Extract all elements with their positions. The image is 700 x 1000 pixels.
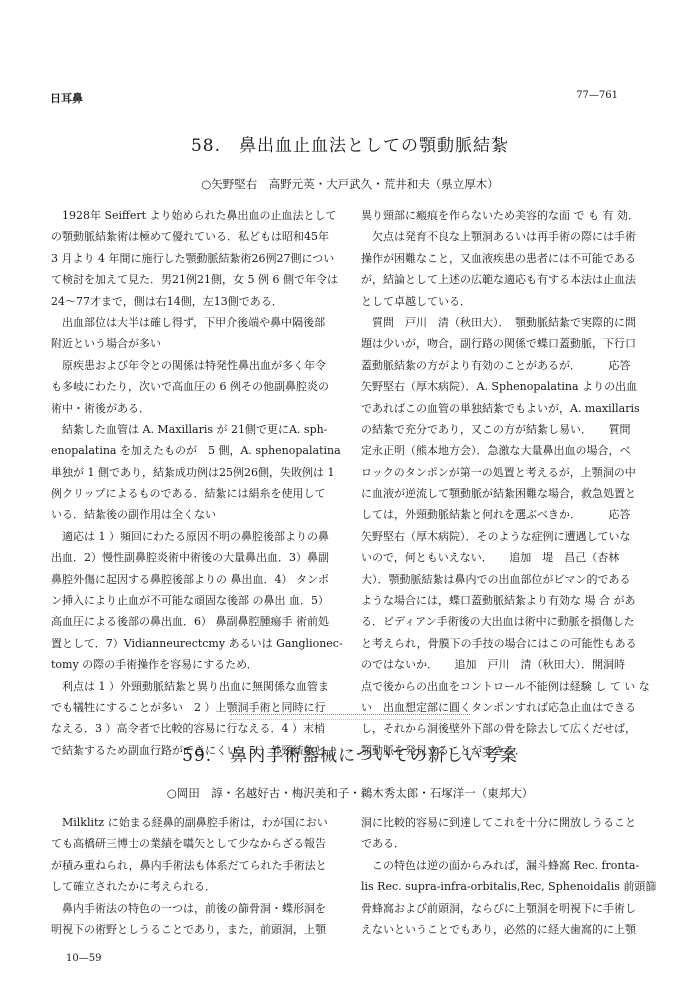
text-line: 出血．2）慢性副鼻腔炎術中術後の大量鼻出血．3）鼻副	[51, 547, 341, 568]
text-line: と考えられ，骨膜下の手技の場合にはこの可能性もある	[361, 633, 661, 654]
text-line: この特色は逆の面からみれば，漏斗蜂窩 Rec. fronta-	[361, 855, 661, 876]
text-line: いる．結紮後の副作用は全くない	[51, 504, 341, 525]
text-line: し，それから洞後壁外下部の骨を除去して広くだせば，	[361, 718, 661, 739]
text-line: 蓋動脈結紮の方がより有効のことがあるが． 応答	[361, 355, 661, 376]
article-59-right-column: 洞に比較的容易に到達してこれを十分に開放しうることである．この特色は逆の面からみ…	[361, 812, 661, 940]
text-line: 洞に比較的容易に到達してこれを十分に開放しうること	[361, 812, 661, 833]
text-line: しては，外頸動脈結紮と何れを選ぶべきか． 応答	[361, 504, 661, 525]
text-line: 単独が 1 側であり，結紮成功例は25例26側，失敗例は 1	[51, 462, 341, 483]
text-line: なえる．3 ）高令者で比較的容易に行なえる．4 ）末梢	[51, 718, 341, 739]
text-line: 骨蜂窩および前頭洞，ならびに上顎洞を明視下に手術し	[361, 898, 661, 919]
text-line: 鼻内手術法の特色の一つは，前後の篩骨洞・蝶形洞を	[51, 898, 341, 919]
article-58-left-column: 1928年 Seiffert より始められた鼻出血の止血法としての顎動脈結紮術は…	[51, 205, 341, 761]
text-line: 適応は 1 ）頻回にわたる原因不明の鼻腔後部よりの鼻	[51, 526, 341, 547]
text-line: ても高橋研三博士の業績を嚆矢として少なからざる報告	[51, 833, 341, 854]
text-line: enopalatina を加えたものが 5 側，A. sphenopalatin…	[51, 440, 341, 461]
text-line: 3 月より 4 年間に施行した顎動脈結紮術26例27側につい	[51, 248, 341, 269]
text-line: 質問 戸川 清（秋田大）． 顎動脈結紮で実際的に問	[361, 312, 661, 333]
text-line: 原疾患および年令との関係は特発性鼻出血が多く年令	[51, 355, 341, 376]
text-line: 術中・術後がある．	[51, 398, 341, 419]
text-line: 附近という場合が多い	[51, 333, 341, 354]
text-line: であればこの血管の単独結紮でもよいが，A. maxillaris	[361, 398, 661, 419]
text-line: 高血圧による後部の鼻出血．6） 鼻副鼻腔腫瘍手 術前処	[51, 611, 341, 632]
text-line: 点で後からの出血をコントロール不能例は経験 し て い な	[361, 676, 661, 697]
text-line: も多岐にわたり，次いで高血圧の 6 例その他副鼻腔炎の	[51, 376, 341, 397]
text-line: tomy の際の手術操作を容易にするため．	[51, 654, 341, 675]
page-number-footer: 10—59	[66, 953, 101, 964]
text-line: えないということでもあり，必然的に経大歯窩的に上顎	[361, 919, 661, 940]
text-line: のではないか． 追加 戸川 清（秋田大）．開洞時	[361, 654, 661, 675]
text-line: 題は少いが，吻合，副行路の関係で蝶口蓋動脈，下行口	[361, 333, 661, 354]
text-line: して確立されたかに考えられる．	[51, 876, 341, 897]
text-line: に血液が逆流して顎動脈が結紮困難な場合，救急処置と	[361, 483, 661, 504]
text-line: lis Rec. supra-infra-orbitalis,Rec, Sphe…	[361, 876, 661, 897]
text-line: て検討を加えて見た．男21例21側，女 5 例 6 側で年令は	[51, 269, 341, 290]
article-59-title: 59. 鼻内手術器械についての新しい考案	[0, 741, 700, 766]
text-line: 定永正明（熊本地方会）．急激な大量鼻出血の場合，ベ	[361, 440, 661, 461]
text-line: として卓越している．	[361, 291, 661, 312]
text-line: 出血部位は大半は確し得ず，下甲介後端や鼻中隔後部	[51, 312, 341, 333]
text-line: 明視下の術野としうることであり，また，前頭洞，上顎	[51, 919, 341, 940]
article-58-title: 58. 鼻出血止血法としての顎動脈結紮	[0, 131, 700, 156]
text-line: 大）．顎動脈結紮は鼻内での出血部位がビマン的である	[361, 569, 661, 590]
text-line: 利点は 1 ）外頸動脈結紮と異り出血に無関係な血管ま	[51, 676, 341, 697]
text-line: の顎動脈結紮術は極めて優れている．私どもは昭和45年	[51, 226, 341, 247]
page-number-header: 77—761	[576, 90, 618, 101]
text-line: ン挿入により止血が不可能な頑固な後部 の鼻出 血．5）	[51, 590, 341, 611]
journal-name: 日耳鼻	[50, 90, 83, 106]
text-line: 1928年 Seiffert より始められた鼻出血の止血法として	[51, 205, 341, 226]
text-line: 例クリップによるものである．結紮には絹糸を使用して	[51, 483, 341, 504]
text-line: る．ビディアン手術後の大出血は術中に動脈を損傷した	[361, 611, 661, 632]
article-59-left-column: Milklitz に始まる経鼻的副鼻腔手術は，わが国においても高橋研三博士の業績…	[51, 812, 341, 940]
text-line: が積み重ねられ，鼻内手術法も体系だてられた手術法と	[51, 855, 341, 876]
text-line: 矢野堅右（厚木病院）．A. Sphenopalatina よりの出血	[361, 376, 661, 397]
text-line: ような場合には，蝶口蓋動脈結紮より有効な 場 合 があ	[361, 590, 661, 611]
article-59-authors: ○岡田 諄・名越好古・梅沢美和子・鵜木秀太郎・石塚洋一（東邦大）	[0, 785, 700, 801]
text-line: が，結論として上述の広範な適応も有する本法は止血法	[361, 269, 661, 290]
text-line: 矢野堅右（厚木病院）．そのような症例に遭遇していな	[361, 526, 661, 547]
text-line: の結紮で充分であり，又この方が結紮し易い． 質問	[361, 419, 661, 440]
text-line: 結紮した血管は A. Maxillaris が 21側で更にA. sph-	[51, 419, 341, 440]
text-line: である．	[361, 833, 661, 854]
text-line: 欠点は発育不良な上顎洞あるいは再手術の際には手術	[361, 226, 661, 247]
text-line: Milklitz に始まる経鼻的副鼻腔手術は，わが国におい	[51, 812, 341, 833]
text-line: 鼻腔外傷に起因する鼻腔後部よりの 鼻出血．4） タンポ	[51, 569, 341, 590]
text-line: 24～77才まで，側は右14側，左13側である．	[51, 291, 341, 312]
article-58-right-column: 異り頸部に瘢痕を作らないため美容的な面 で も 有 効．欠点は発育不良な上顎洞あ…	[361, 205, 661, 761]
text-line: ロックのタンポンが第一の処置と考えるが，上顎洞の中	[361, 462, 661, 483]
article-58-authors: ○矢野堅右 高野元英・大戸武久・荒井和夫（県立厚木）	[0, 176, 700, 192]
text-line: 置として．7）Vidianneurectcmy あるいは Ganglionec-	[51, 633, 341, 654]
text-line: いので，何ともいえない． 追加 堤 昌己（杏林	[361, 547, 661, 568]
text-line: 操作が困難なこと，又血液疾患の患者には不可能である	[361, 248, 661, 269]
section-divider	[230, 714, 470, 720]
text-line: 異り頸部に瘢痕を作らないため美容的な面 で も 有 効．	[361, 205, 661, 226]
